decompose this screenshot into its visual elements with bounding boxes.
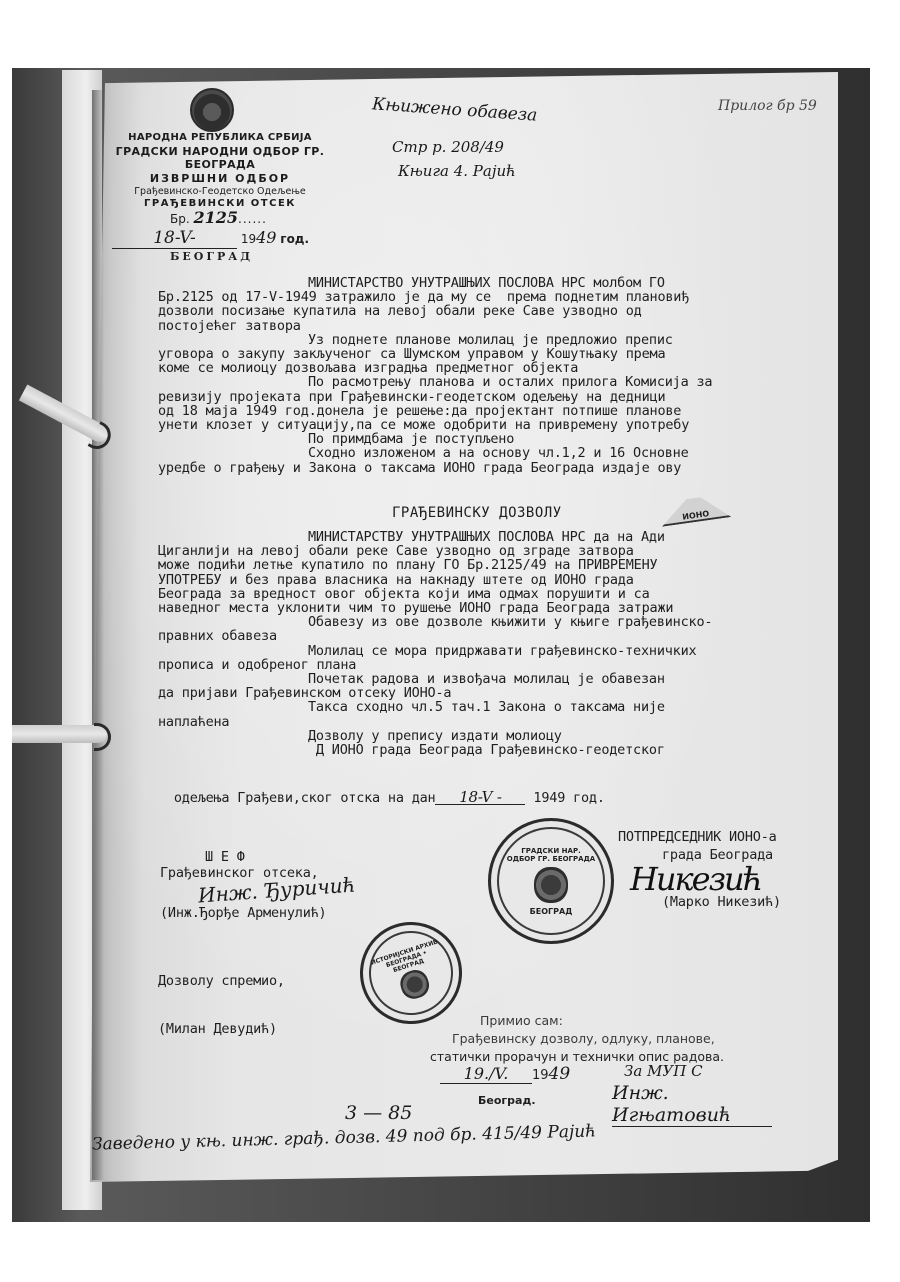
receipt-signature: Инж. Игњатовић xyxy=(612,1082,772,1127)
vice-president-title: ПОТПРЕДСЕДНИК ИОНО-а xyxy=(618,830,777,844)
entry-number: 3 — 85 xyxy=(345,1102,412,1124)
typed-line: може подићи летње купатило по плану ГО Б… xyxy=(158,558,712,572)
receipt-line-1: Грађевинску дозволу, одлуку, планове, xyxy=(452,1030,715,1047)
typed-line: уредбе о грађењу и Закона о таксама ИОНО… xyxy=(158,461,712,475)
header-stamp: НАРОДНА РЕПУБЛИКА СРБИЈА ГРАДСКИ НАРОДНИ… xyxy=(100,132,340,210)
typed-line: УПОТРЕБУ и без права власника на накнаду… xyxy=(158,573,712,587)
typed-line: дозволи посизање купатила на левој обали… xyxy=(158,304,712,318)
coat-of-arms-icon xyxy=(190,88,234,132)
typed-line: Београда за вредност овог објекта који и… xyxy=(158,587,712,601)
typed-line: По примдбама је поступљено xyxy=(158,432,712,446)
typed-line: МИНИСТАРСТВУ УНУТРАШЊИХ ПОСЛОВА НРС да н… xyxy=(158,530,712,544)
closing-date: 18-V - xyxy=(435,790,525,805)
typed-line: Обавезу из ове дозволе књижити у књиге г… xyxy=(158,615,712,629)
typed-line: постојећег затвора xyxy=(158,319,712,333)
typed-line: Уз поднете планове молилац је предложио … xyxy=(158,333,712,347)
prepared-by-name: (Милан Девудић) xyxy=(158,1022,277,1036)
typed-line: По расмотрењу планова и осталих прилога … xyxy=(158,375,712,389)
typed-line: Дозволу у препису издати молиоцу xyxy=(158,729,712,743)
typed-line: прописа и одобреног плана xyxy=(158,658,712,672)
header-line: ИЗВРШНИ ОДБОР xyxy=(100,172,340,186)
chief-title: Ш Е Ф xyxy=(205,850,245,864)
vice-president-signature: Никезић xyxy=(630,860,761,898)
margin-note-page: Стр р. 208/49 xyxy=(392,138,504,156)
header-line: НАРОДНА РЕПУБЛИКА СРБИЈА xyxy=(100,132,340,145)
receipt-date: 19./V.1949 xyxy=(440,1064,570,1084)
typed-line: Циганлији на левој обали реке Саве узвод… xyxy=(158,544,712,558)
margin-note-attachment: Прилог бр 59 xyxy=(718,98,817,114)
header-line: ГРАДСКИ НАРОДНИ ОДБОР ГР. БЕОГРАДА xyxy=(100,145,340,173)
typed-line: Бр.2125 од 17-V-1949 затражило је да му … xyxy=(158,290,712,304)
receipt-city: Београд. xyxy=(478,1094,536,1107)
reference-number-value: 2125 xyxy=(194,208,239,227)
margin-note-book: Књига 4. Рајић xyxy=(398,162,516,180)
typed-line: Такса сходно чл.5 тач.1 Закона о таксама… xyxy=(158,700,712,714)
typed-line: правних обавеза xyxy=(158,629,712,643)
header-line: Грађевинско-Геодетско Одељење xyxy=(100,186,340,198)
receipt-heading: Примио сам: xyxy=(480,1012,563,1029)
receipt-for-label: За МУП С xyxy=(624,1062,703,1080)
prepared-by-label: Дозволу спремио, xyxy=(158,974,285,988)
body-text-block-1: МИНИСТАРСТВО УНУТРАШЊИХ ПОСЛОВА НРС молб… xyxy=(158,276,712,475)
binder-ring-icon xyxy=(12,725,107,743)
typed-line: наплаћена xyxy=(158,715,712,729)
header-date: 18-V- 1949 год. xyxy=(112,228,357,249)
typed-line: уговора о закупу закљученог са Шумском у… xyxy=(158,347,712,361)
typed-line: да пријави Грађевинском отсеку ИОНО-а xyxy=(158,686,712,700)
official-seal-icon: ГРАДСКИ НАР. ОДБОР ГР. БЕОГРАДА БЕОГРАД xyxy=(488,818,614,944)
typed-line: од 18 маја 1949 год.донела је решење:да … xyxy=(158,404,712,418)
typed-line: наведног места уклонити чим то рушење ИО… xyxy=(158,601,712,615)
permit-title: ГРАЂЕВИНСКУ ДОЗВОЛУ xyxy=(392,505,562,521)
typed-line: Почетак радова и извођача молилац је оба… xyxy=(158,672,712,686)
closing-line: одељења Грађеви,ског отска на дан18-V - … xyxy=(158,776,605,805)
typed-line: ревизију пројеката при Грађевински-геоде… xyxy=(158,390,712,404)
header-city: БЕОГРАД xyxy=(170,250,253,263)
typed-line: МИНИСТАРСТВО УНУТРАШЊИХ ПОСЛОВА НРС молб… xyxy=(158,276,712,290)
typed-line: унети клозет у ситуацију,па се може одоб… xyxy=(158,418,712,432)
typed-line: Молилац се мора придржавати грађевинско-… xyxy=(158,644,712,658)
typed-line: Д ИОНО града Београда Грађевинско-геодет… xyxy=(158,743,712,757)
vice-president-name: (Марко Никезић) xyxy=(662,895,781,909)
reference-number: Бр. 2125...... xyxy=(170,208,267,227)
typed-line: Сходно изложеном а на основу чл.1,2 и 16… xyxy=(158,446,712,460)
sheet-shadow xyxy=(92,90,104,1180)
typed-line: коме се молиоцу дозвољава изградња предм… xyxy=(158,361,712,375)
body-text-block-2: МИНИСТАРСТВУ УНУТРАШЊИХ ПОСЛОВА НРС да н… xyxy=(158,530,712,757)
chief-name: (Инж.Ђорђе Арменулић) xyxy=(160,906,326,920)
